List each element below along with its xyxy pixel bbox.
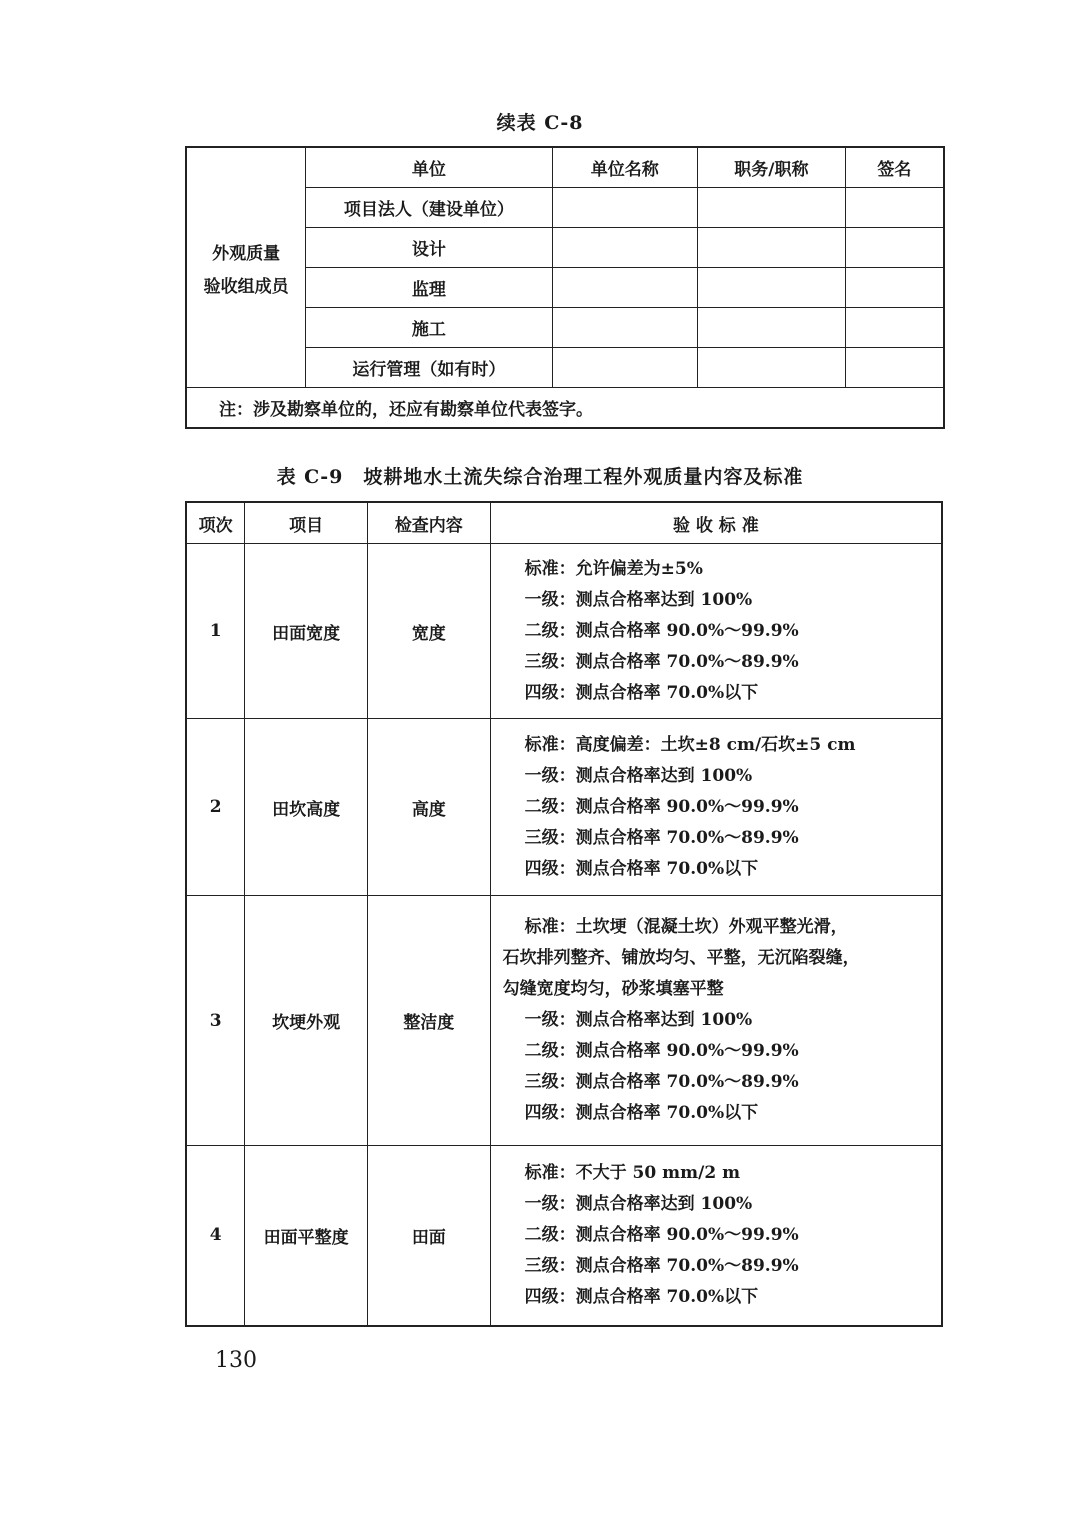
- standard-line: 二级：测点合格率 90.0%～99.9%: [525, 1036, 941, 1067]
- group-label-line2: 验收组成员: [187, 272, 305, 297]
- standard-line: 一级：测点合格率达到 100%: [525, 1005, 941, 1036]
- standard-line: 四级：测点合格率 70.0%以下: [525, 678, 941, 709]
- row-item: 田坎高度: [245, 719, 368, 896]
- standard-line: 三级：测点合格率 70.0%～89.9%: [525, 823, 941, 854]
- header-check: 检查内容: [368, 502, 491, 544]
- standard-line: 四级：测点合格率 70.0%以下: [525, 854, 941, 885]
- group-label: 外观质量 验收组成员: [186, 147, 306, 388]
- signature-cell[interactable]: [845, 308, 944, 348]
- row-standard: 标准：不大于 50 mm/2 m 一级：测点合格率达到 100% 二级：测点合格…: [490, 1146, 942, 1326]
- signature-cell[interactable]: [845, 228, 944, 268]
- unit-name-cell[interactable]: [552, 308, 698, 348]
- row-check: 宽度: [368, 544, 491, 719]
- standard-line: 勾缝宽度均匀，砂浆填塞平整: [503, 974, 941, 1005]
- row-standard: 标准：允许偏差为±5% 一级：测点合格率达到 100% 二级：测点合格率 90.…: [490, 544, 942, 719]
- table-c9-caption: 表 C-9 坡耕地水土流失综合治理工程外观质量内容及标准: [0, 462, 1080, 489]
- row-label: 监理: [306, 268, 552, 308]
- row-no: 3: [186, 896, 245, 1146]
- header-no: 项次: [186, 502, 245, 544]
- standard-line: 标准：允许偏差为±5%: [525, 554, 941, 585]
- header-unit: 单位: [306, 147, 552, 188]
- row-label: 项目法人（建设单位）: [306, 188, 552, 228]
- header-standard: 验 收 标 准: [490, 502, 942, 544]
- signature-cell[interactable]: [845, 188, 944, 228]
- table-row: 外观质量 验收组成员 单位 单位名称 职务/职称 签名: [186, 147, 944, 188]
- standard-line: 三级：测点合格率 70.0%～89.9%: [525, 647, 941, 678]
- position-cell[interactable]: [698, 268, 846, 308]
- standard-line: 二级：测点合格率 90.0%～99.9%: [525, 1220, 941, 1251]
- table-c8-caption: 续表 C-8: [0, 108, 1080, 135]
- position-cell[interactable]: [698, 308, 846, 348]
- unit-name-cell[interactable]: [552, 188, 698, 228]
- group-label-line1: 外观质量: [187, 239, 305, 264]
- standard-line: 一级：测点合格率达到 100%: [525, 585, 941, 616]
- page-number: 130: [215, 1348, 257, 1373]
- row-item: 田面平整度: [245, 1146, 368, 1326]
- row-label: 运行管理（如有时）: [306, 348, 552, 388]
- header-row: 项次 项目 检查内容 验 收 标 准: [186, 502, 942, 544]
- standard-line: 一级：测点合格率达到 100%: [525, 1189, 941, 1220]
- position-cell[interactable]: [698, 348, 846, 388]
- unit-name-cell[interactable]: [552, 268, 698, 308]
- table-row: 1 田面宽度 宽度 标准：允许偏差为±5% 一级：测点合格率达到 100% 二级…: [186, 544, 942, 719]
- standard-line: 标准：高度偏差：土坎±8 cm/石坎±5 cm: [525, 730, 941, 761]
- table-c9: 项次 项目 检查内容 验 收 标 准 1 田面宽度 宽度 标准：允许偏差为±5%…: [185, 501, 943, 1327]
- header-item: 项目: [245, 502, 368, 544]
- row-standard: 标准：土坎埂（混凝土坎）外观平整光滑， 石坎排列整齐、铺放均匀、平整，无沉陷裂缝…: [490, 896, 942, 1146]
- signature-cell[interactable]: [845, 348, 944, 388]
- note-row: 注：涉及勘察单位的，还应有勘察单位代表签字。: [186, 388, 944, 429]
- standard-line: 二级：测点合格率 90.0%～99.9%: [525, 792, 941, 823]
- row-no: 4: [186, 1146, 245, 1326]
- standard-line: 三级：测点合格率 70.0%～89.9%: [525, 1067, 941, 1098]
- row-label: 设计: [306, 228, 552, 268]
- standard-line: 二级：测点合格率 90.0%～99.9%: [525, 616, 941, 647]
- row-check: 田面: [368, 1146, 491, 1326]
- unit-name-cell[interactable]: [552, 228, 698, 268]
- unit-name-cell[interactable]: [552, 348, 698, 388]
- row-check: 整洁度: [368, 896, 491, 1146]
- table-row: 2 田坎高度 高度 标准：高度偏差：土坎±8 cm/石坎±5 cm 一级：测点合…: [186, 719, 942, 896]
- row-no: 2: [186, 719, 245, 896]
- header-signature: 签名: [845, 147, 944, 188]
- standard-line: 标准：土坎埂（混凝土坎）外观平整光滑，: [525, 912, 941, 943]
- row-item: 田面宽度: [245, 544, 368, 719]
- position-cell[interactable]: [698, 188, 846, 228]
- header-position: 职务/职称: [698, 147, 846, 188]
- position-cell[interactable]: [698, 228, 846, 268]
- standard-line: 一级：测点合格率达到 100%: [525, 761, 941, 792]
- header-unit-name: 单位名称: [552, 147, 698, 188]
- row-label: 施工: [306, 308, 552, 348]
- standard-line: 石坎排列整齐、铺放均匀、平整，无沉陷裂缝，: [503, 943, 941, 974]
- row-check: 高度: [368, 719, 491, 896]
- table-row: 4 田面平整度 田面 标准：不大于 50 mm/2 m 一级：测点合格率达到 1…: [186, 1146, 942, 1326]
- standard-line: 四级：测点合格率 70.0%以下: [525, 1282, 941, 1313]
- standard-line: 三级：测点合格率 70.0%～89.9%: [525, 1251, 941, 1282]
- standard-line: 四级：测点合格率 70.0%以下: [525, 1098, 941, 1129]
- standard-line: 标准：不大于 50 mm/2 m: [525, 1158, 941, 1189]
- table-c8: 外观质量 验收组成员 单位 单位名称 职务/职称 签名 项目法人（建设单位） 设…: [185, 146, 945, 429]
- row-item: 坎埂外观: [245, 896, 368, 1146]
- table-note: 注：涉及勘察单位的，还应有勘察单位代表签字。: [186, 388, 944, 429]
- signature-cell[interactable]: [845, 268, 944, 308]
- table-row: 3 坎埂外观 整洁度 标准：土坎埂（混凝土坎）外观平整光滑， 石坎排列整齐、铺放…: [186, 896, 942, 1146]
- row-standard: 标准：高度偏差：土坎±8 cm/石坎±5 cm 一级：测点合格率达到 100% …: [490, 719, 942, 896]
- row-no: 1: [186, 544, 245, 719]
